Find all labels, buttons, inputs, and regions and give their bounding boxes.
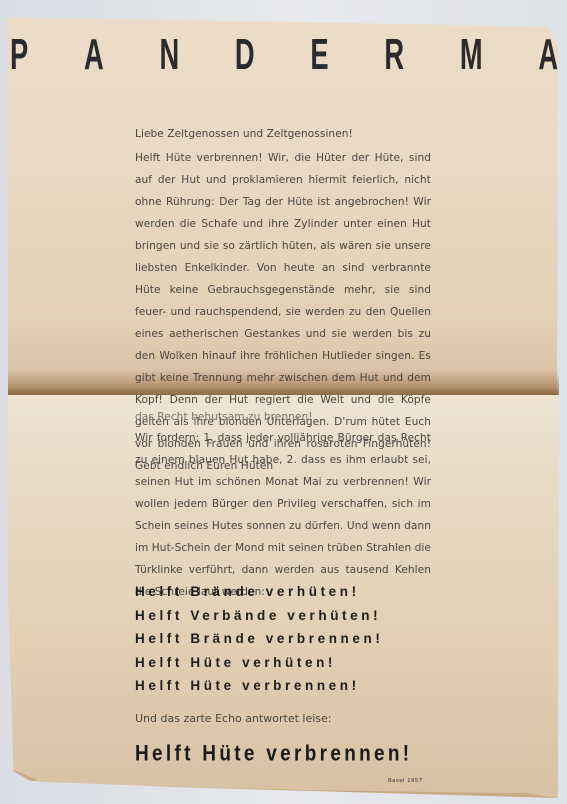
slogan: Helft Brände verbrennen! [135, 627, 445, 651]
slogan: Helft Hüte verbrennen! [135, 674, 445, 698]
title-letter: E [310, 30, 328, 80]
title-letter: M [460, 30, 483, 80]
title-letter: D [235, 30, 255, 80]
salutation: Liebe Zeltgenossen und Zeltgenossinen! [135, 123, 431, 145]
slogan: Helft Verbände verhüten! [135, 604, 445, 628]
manifesto-paragraph-2: Wir fordern: 1. dass jeder volljährige B… [135, 427, 431, 603]
title-letter: R [384, 30, 404, 80]
slogan-list: Helft Brände verhüten! Helft Verbände ve… [135, 580, 445, 698]
poster-title: P A N D E R M A [10, 30, 558, 80]
echo-line: Und das zarte Echo antwortet leise: [135, 712, 332, 725]
title-letter: P [10, 30, 28, 80]
slogan: Helft Brände verhüten! [135, 580, 445, 604]
slogan: Helft Hüte verhüten! [135, 651, 445, 675]
manifesto-paragraph-1-end: das Recht behutsam zu brennen! [135, 406, 431, 428]
imprint: Basel 1957 [388, 778, 423, 784]
title-letter: N [159, 30, 179, 80]
final-slogan: Helft Hüte verbrennen! [135, 742, 412, 767]
title-letter: A [538, 30, 558, 80]
title-letter: A [84, 30, 104, 80]
